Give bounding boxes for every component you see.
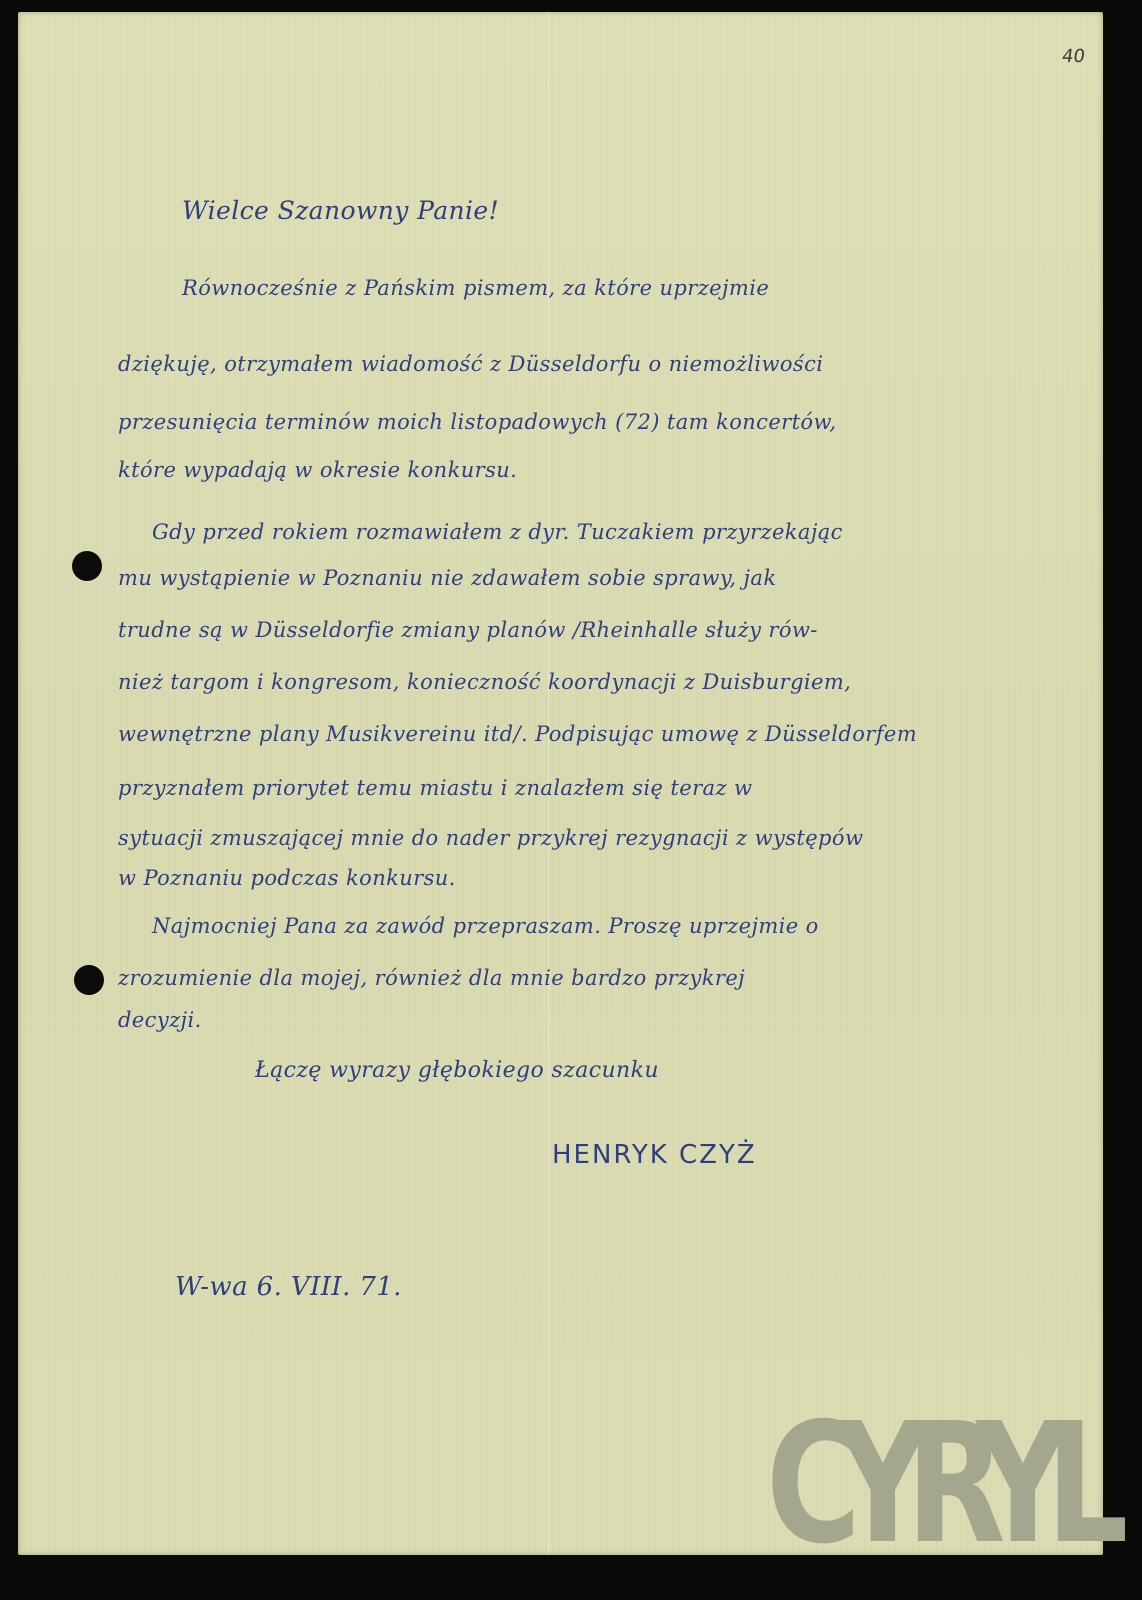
letter-line: które wypadają w okresie konkursu. xyxy=(118,458,517,482)
letter-line: w Poznaniu podczas konkursu. xyxy=(118,866,456,890)
letter-line: nież targom i kongresom, konieczność koo… xyxy=(118,670,851,694)
watermark-letter: L xyxy=(1046,1410,1093,1560)
letter-line: zrozumienie dla mojej, również dla mnie … xyxy=(118,966,745,990)
watermark-letter: C xyxy=(766,1410,813,1560)
watermark-letter: Y xyxy=(836,1410,883,1560)
watermark-letter: R xyxy=(906,1410,953,1560)
letter-line: dziękuję, otrzymałem wiadomość z Düsseld… xyxy=(118,352,823,376)
letter-greeting: Wielce Szanowny Panie! xyxy=(182,196,499,225)
letter-line: trudne są w Düsseldorfie zmiany planów /… xyxy=(118,618,818,642)
letter-line: wewnętrzne plany Musikvereinu itd/. Podp… xyxy=(118,722,917,746)
letter-line: decyzji. xyxy=(118,1008,202,1032)
letter-line: mu wystąpienie w Poznaniu nie zdawałem s… xyxy=(118,566,776,590)
punch-hole-bottom xyxy=(74,965,104,995)
letter-line: sytuacji zmuszającej mnie do nader przyk… xyxy=(118,826,863,850)
letter-line: przyznałem priorytet temu miastu i znala… xyxy=(118,776,752,800)
punch-hole-top xyxy=(72,551,102,581)
letter-line: Równocześnie z Pańskim pismem, za które … xyxy=(182,276,769,300)
page-number: 40 xyxy=(1061,46,1087,67)
letter-line: przesunięcia terminów moich listopadowyc… xyxy=(118,410,836,434)
letter-closing: Łączę wyrazy głębokiego szacunku xyxy=(255,1058,659,1083)
place-and-date: W-wa 6. VIII. 71. xyxy=(175,1272,402,1302)
cyryl-watermark-logo: C Y R Y L xyxy=(766,1410,1106,1560)
letter-line: Najmocniej Pana za zawód przepraszam. Pr… xyxy=(152,914,819,938)
signature: HENRYK CZYŻ xyxy=(552,1140,757,1170)
watermark-letter: Y xyxy=(976,1410,1023,1560)
letter-line: Gdy przed rokiem rozmawiałem z dyr. Tucz… xyxy=(152,520,843,544)
